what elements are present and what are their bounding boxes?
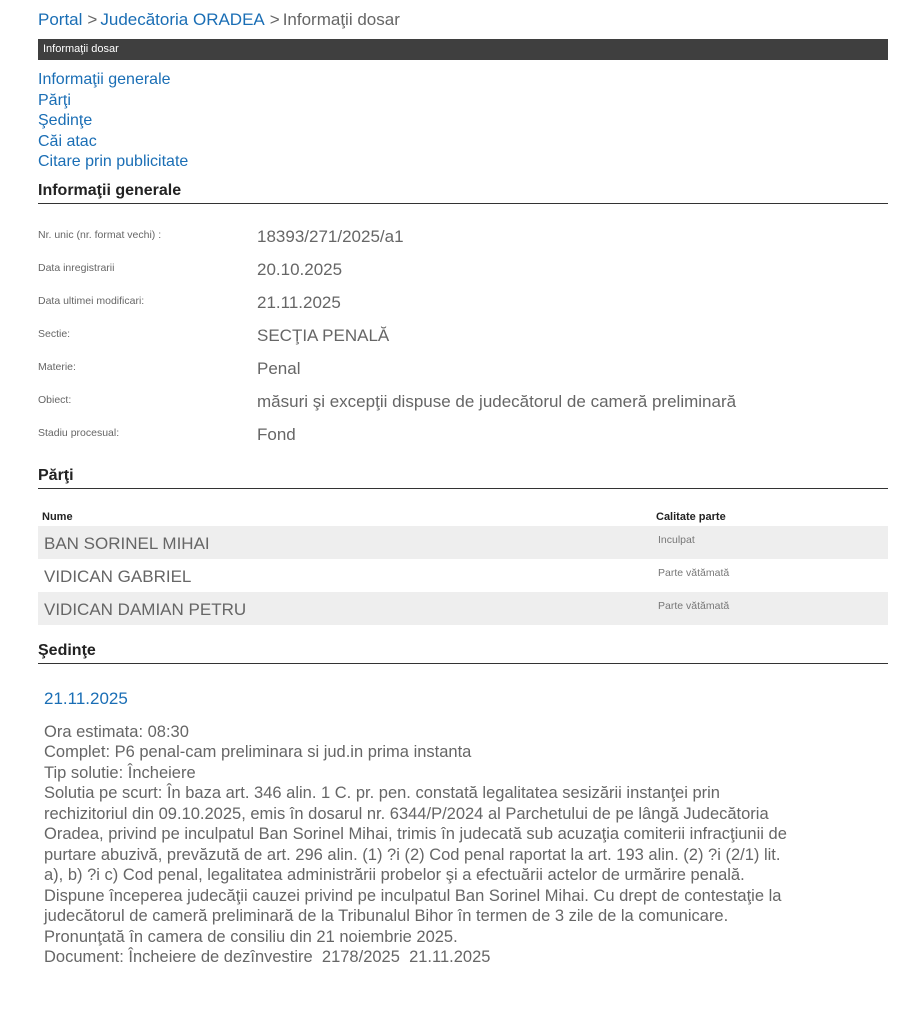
- section-header-bar: Informaţii dosar: [38, 39, 888, 60]
- general-info-title: Informaţii generale: [38, 182, 888, 204]
- parti-table: Nume Calitate parte BAN SORINEL MIHAI In…: [38, 509, 888, 625]
- info-row-data-modificari: Data ultimei modificari: 21.11.2025: [38, 293, 888, 326]
- info-label: Obiect:: [38, 392, 257, 406]
- info-value: 18393/271/2025/a1: [257, 227, 404, 247]
- parti-table-header: Nume Calitate parte: [38, 509, 888, 526]
- hearing-solution-summary-line: judecătorul de cameră preliminară de la …: [44, 906, 894, 927]
- info-value: Penal: [257, 359, 300, 379]
- hearing-document: Document: Încheiere de dezînvestire 2178…: [44, 947, 894, 968]
- info-row-obiect: Obiect: măsuri şi excepţii dispuse de ju…: [38, 392, 888, 425]
- section-nav: Informaţii generale Părţi Şedinţe Căi at…: [38, 70, 888, 173]
- hearing-solution-summary-line: Solutia pe scurt: În baza art. 346 alin.…: [44, 783, 894, 804]
- parti-title: Părţi: [38, 467, 888, 489]
- nav-link-sedinte[interactable]: Şedinţe: [38, 111, 888, 132]
- table-row: VIDICAN DAMIAN PETRU Parte vătămată: [38, 592, 888, 625]
- hearing-panel: Complet: P6 penal-cam preliminara si jud…: [44, 742, 894, 763]
- hearing-solution-summary-line: a), b) ?i c) Cod penal, legalitatea admi…: [44, 865, 894, 886]
- breadcrumb-separator: >: [270, 10, 280, 29]
- hearing-solution-summary-line: Oradea, privind pe inculpatul Ban Sorine…: [44, 824, 894, 845]
- nav-link-parti[interactable]: Părţi: [38, 91, 888, 112]
- info-value: 21.11.2025: [257, 293, 341, 313]
- hearing-details: Ora estimata: 08:30 Complet: P6 penal-ca…: [44, 722, 894, 968]
- info-label: Data ultimei modificari:: [38, 293, 257, 307]
- table-row: VIDICAN GABRIEL Parte vătămată: [38, 559, 888, 592]
- table-row: BAN SORINEL MIHAI Inculpat: [38, 526, 888, 559]
- breadcrumb: Portal>Judecătoria ORADEA>Informaţii dos…: [38, 0, 888, 39]
- info-row-sectie: Sectie: SECŢIA PENALĂ: [38, 326, 888, 359]
- general-info-table: Nr. unic (nr. format vechi) : 18393/271/…: [38, 227, 888, 458]
- party-role: Parte vătămată: [652, 559, 888, 592]
- hearing-solution-type: Tip solutie: Încheiere: [44, 763, 894, 784]
- info-label: Stadiu procesual:: [38, 425, 257, 439]
- nav-link-cai-atac[interactable]: Căi atac: [38, 132, 888, 153]
- breadcrumb-portal-link[interactable]: Portal: [38, 10, 82, 29]
- info-value: măsuri şi excepţii dispuse de judecătoru…: [257, 392, 736, 412]
- sedinte-title: Şedinţe: [38, 642, 888, 664]
- party-name: VIDICAN GABRIEL: [38, 559, 652, 592]
- hearing-solution-summary-line: rechizitoriul din 09.10.2025, emis în do…: [44, 804, 894, 825]
- info-label: Sectie:: [38, 326, 257, 340]
- party-role: Parte vătămată: [652, 592, 888, 625]
- nav-link-informatii-generale[interactable]: Informaţii generale: [38, 70, 888, 91]
- breadcrumb-separator: >: [87, 10, 97, 29]
- column-header-nume: Nume: [38, 509, 650, 526]
- info-row-stadiu: Stadiu procesual: Fond: [38, 425, 888, 458]
- hearing-solution-summary-line: purtare abuzivă, prevăzută de art. 296 a…: [44, 845, 894, 866]
- breadcrumb-current: Informaţii dosar: [283, 10, 400, 29]
- hearing-date-link[interactable]: 21.11.2025: [44, 688, 888, 710]
- info-label: Data inregistrarii: [38, 260, 257, 274]
- column-header-calitate: Calitate parte: [650, 509, 888, 526]
- info-value: Fond: [257, 425, 296, 445]
- info-label: Nr. unic (nr. format vechi) :: [38, 227, 257, 241]
- hearing-solution-summary-line: Dispune începerea judecăţii cauzei privi…: [44, 886, 894, 907]
- breadcrumb-court-link[interactable]: Judecătoria ORADEA: [100, 10, 264, 29]
- info-row-materie: Materie: Penal: [38, 359, 888, 392]
- info-value: SECŢIA PENALĂ: [257, 326, 389, 346]
- info-row-data-inregistrarii: Data inregistrarii 20.10.2025: [38, 260, 888, 293]
- party-name: VIDICAN DAMIAN PETRU: [38, 592, 652, 625]
- hearing-item: 21.11.2025 Ora estimata: 08:30 Complet: …: [38, 688, 888, 968]
- party-name: BAN SORINEL MIHAI: [38, 526, 652, 559]
- nav-link-citare-publicitate[interactable]: Citare prin publicitate: [38, 152, 888, 173]
- info-value: 20.10.2025: [257, 260, 342, 280]
- hearing-solution-summary-line: Pronunţată în camera de consiliu din 21 …: [44, 927, 894, 948]
- info-label: Materie:: [38, 359, 257, 373]
- case-info-page: Portal>Judecătoria ORADEA>Informaţii dos…: [38, 0, 888, 968]
- party-role: Inculpat: [652, 526, 888, 559]
- info-row-nr-unic: Nr. unic (nr. format vechi) : 18393/271/…: [38, 227, 888, 260]
- hearing-time: Ora estimata: 08:30: [44, 722, 894, 743]
